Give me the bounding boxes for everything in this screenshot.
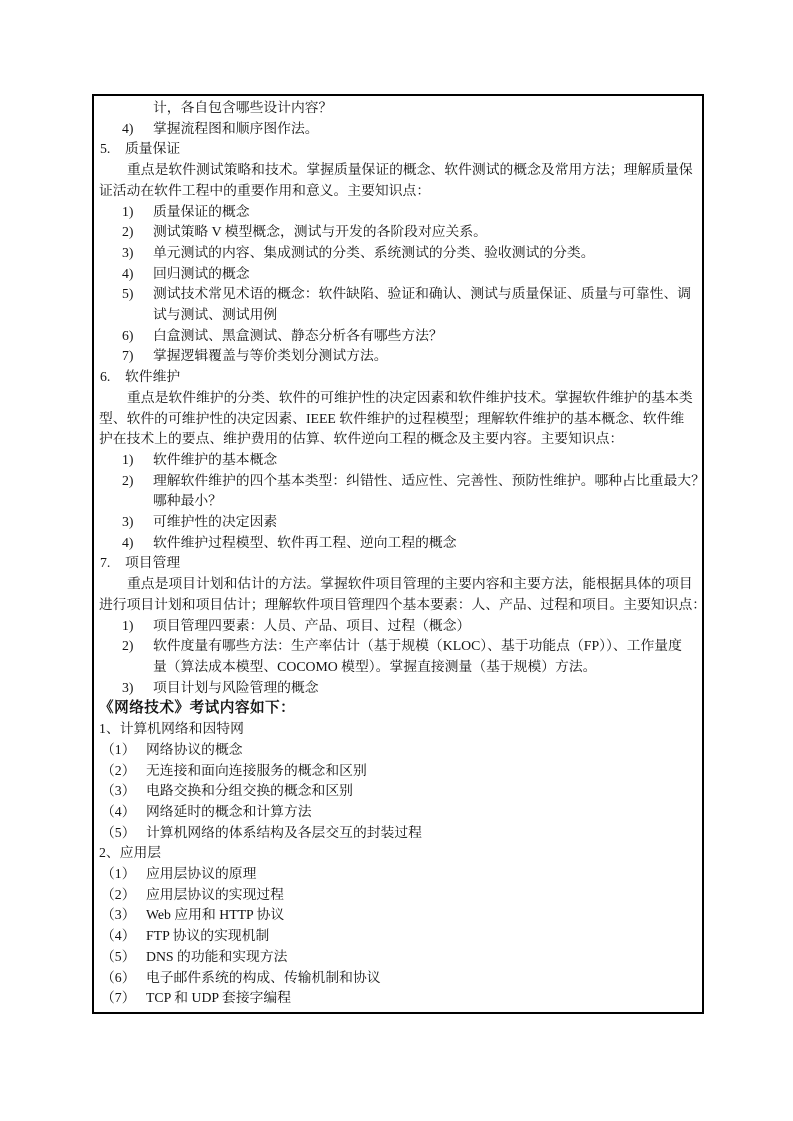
text-line: 1)软件维护的基本概念 bbox=[99, 450, 699, 471]
line-text: FTP 协议的实现机制 bbox=[146, 928, 269, 943]
table-cell-border: 计，各自包含哪些设计内容？4)掌握流程图和顺序图作法。5.质量保证重点是软件测试… bbox=[92, 94, 704, 1014]
list-marker: 2) bbox=[122, 471, 153, 492]
text-line: 2、应用层 bbox=[99, 843, 699, 864]
list-marker: 4) bbox=[122, 264, 153, 285]
line-text: 计，各自包含哪些设计内容？ bbox=[153, 100, 332, 115]
text-line: 护在技术上的要点、维护费用的估算、软件逆向工程的概念及主要内容。主要知识点： bbox=[99, 429, 699, 450]
text-line: 5.质量保证 bbox=[99, 139, 699, 160]
text-line: 7)掌握逻辑覆盖与等价类划分测试方法。 bbox=[99, 346, 699, 367]
text-line: （5）计算机网络的体系结构及各层交互的封装过程 bbox=[99, 823, 699, 844]
list-marker: 4) bbox=[122, 119, 153, 140]
text-line: （4）FTP 协议的实现机制 bbox=[99, 926, 699, 947]
line-text: 质量保证 bbox=[125, 141, 180, 156]
list-marker: 3) bbox=[122, 512, 153, 533]
line-text: 可维护性的决定因素 bbox=[153, 514, 277, 529]
line-text: DNS 的功能和实现方法 bbox=[146, 949, 287, 964]
list-marker: 4) bbox=[122, 533, 153, 554]
line-text: TCP 和 UDP 套接字编程 bbox=[146, 990, 291, 1005]
line-text: 电路交换和分组交换的概念和区别 bbox=[146, 783, 353, 798]
text-line: （2）无连接和面向连接服务的概念和区别 bbox=[99, 761, 699, 782]
line-text: 网络协议的概念 bbox=[146, 742, 243, 757]
text-line: （1）网络协议的概念 bbox=[99, 740, 699, 761]
list-marker: （3） bbox=[101, 905, 146, 926]
list-marker: 3) bbox=[122, 243, 153, 264]
line-text: 量（算法成本模型、COCOMO 模型）。掌握直接测量（基于规模）方法。 bbox=[153, 659, 596, 674]
line-text: 重点是软件测试策略和技术。掌握质量保证的概念、软件测试的概念及常用方法；理解质量… bbox=[127, 162, 693, 177]
list-marker: 1) bbox=[122, 616, 153, 637]
text-line: 哪种最小？ bbox=[99, 491, 699, 512]
text-line: （2）应用层协议的实现过程 bbox=[99, 885, 699, 906]
list-marker: 3) bbox=[122, 678, 153, 699]
line-text: 项目管理四要素：人员、产品、项目、过程（概念） bbox=[153, 618, 470, 633]
list-marker: （2） bbox=[101, 885, 146, 906]
list-marker: （7） bbox=[101, 988, 146, 1009]
text-line: 4)掌握流程图和顺序图作法。 bbox=[99, 119, 699, 140]
list-marker: 5) bbox=[122, 284, 153, 305]
text-line: 量（算法成本模型、COCOMO 模型）。掌握直接测量（基于规模）方法。 bbox=[99, 657, 699, 678]
text-line: 2)测试策略 V 模型概念，测试与开发的各阶段对应关系。 bbox=[99, 222, 699, 243]
list-marker: （1） bbox=[101, 740, 146, 761]
line-text: 1、计算机网络和因特网 bbox=[99, 721, 244, 736]
line-text: 软件维护 bbox=[125, 369, 180, 384]
line-text: 测试技术常见术语的概念：软件缺陷、验证和确认、测试与质量保证、质量与可靠性、调 bbox=[153, 286, 691, 301]
list-marker: 6. bbox=[100, 367, 125, 388]
text-line: 计，各自包含哪些设计内容？ bbox=[99, 98, 699, 119]
line-text: 应用层协议的原理 bbox=[146, 866, 256, 881]
text-line: 6)白盒测试、黑盒测试、静态分析各有哪些方法？ bbox=[99, 326, 699, 347]
list-marker: 7) bbox=[122, 346, 153, 367]
line-text: 《网络技术》考试内容如下： bbox=[99, 700, 295, 716]
list-marker: （4） bbox=[101, 926, 146, 947]
list-marker: 1) bbox=[122, 450, 153, 471]
line-text: 进行项目计划和项目估计；理解软件项目管理四个基本要素：人、产品、过程和项目。主要… bbox=[99, 597, 704, 612]
text-line: 7.项目管理 bbox=[99, 553, 699, 574]
line-text: 哪种最小？ bbox=[153, 493, 222, 508]
line-text: 项目管理 bbox=[125, 555, 180, 570]
text-line: 重点是项目计划和估计的方法。掌握软件项目管理的主要内容和主要方法，能根据具体的项… bbox=[99, 574, 699, 595]
list-marker: （1） bbox=[101, 864, 146, 885]
line-text: 应用层协议的实现过程 bbox=[146, 887, 284, 902]
text-line: 3)可维护性的决定因素 bbox=[99, 512, 699, 533]
list-marker: （2） bbox=[101, 761, 146, 782]
list-marker: （3） bbox=[101, 781, 146, 802]
line-text: 质量保证的概念 bbox=[153, 204, 250, 219]
list-marker: 7. bbox=[100, 553, 125, 574]
line-text: 网络延时的概念和计算方法 bbox=[146, 804, 312, 819]
text-line: （3）Web 应用和 HTTP 协议 bbox=[99, 905, 699, 926]
text-line: 3)单元测试的内容、集成测试的分类、系统测试的分类、验收测试的分类。 bbox=[99, 243, 699, 264]
line-text: 测试策略 V 模型概念，测试与开发的各阶段对应关系。 bbox=[153, 224, 487, 239]
text-line: 2)软件度量有哪些方法：生产率估计（基于规模（KLOC）、基于功能点（FP））、… bbox=[99, 636, 699, 657]
line-text: 项目计划与风险管理的概念 bbox=[153, 680, 319, 695]
line-text: 重点是项目计划和估计的方法。掌握软件项目管理的主要内容和主要方法，能根据具体的项… bbox=[127, 576, 693, 591]
text-line: （3）电路交换和分组交换的概念和区别 bbox=[99, 781, 699, 802]
line-text: 单元测试的内容、集成测试的分类、系统测试的分类、验收测试的分类。 bbox=[153, 245, 595, 260]
line-text: 软件维护的基本概念 bbox=[153, 452, 277, 467]
line-text: 掌握逻辑覆盖与等价类划分测试方法。 bbox=[153, 348, 388, 363]
text-line: 4)回归测试的概念 bbox=[99, 264, 699, 285]
line-text: 回归测试的概念 bbox=[153, 266, 250, 281]
line-text: 理解软件维护的四个基本类型：纠错性、适应性、完善性、预防性维护。哪种占比重最大？ bbox=[153, 473, 704, 488]
line-text: 2、应用层 bbox=[99, 845, 161, 860]
line-text: 电子邮件系统的构成、传输机制和协议 bbox=[146, 970, 381, 985]
text-line: 4)软件维护过程模型、软件再工程、逆向工程的概念 bbox=[99, 533, 699, 554]
line-text: 试与测试、测试用例 bbox=[153, 307, 277, 322]
line-text: 无连接和面向连接服务的概念和区别 bbox=[146, 763, 367, 778]
list-marker: 6) bbox=[122, 326, 153, 347]
list-marker: （5） bbox=[101, 823, 146, 844]
document-content: 计，各自包含哪些设计内容？4)掌握流程图和顺序图作法。5.质量保证重点是软件测试… bbox=[99, 98, 699, 1009]
text-line: 1)质量保证的概念 bbox=[99, 202, 699, 223]
text-line: 6.软件维护 bbox=[99, 367, 699, 388]
list-marker: 1) bbox=[122, 202, 153, 223]
text-line: 重点是软件测试策略和技术。掌握质量保证的概念、软件测试的概念及常用方法；理解质量… bbox=[99, 160, 699, 181]
text-line: 证活动在软件工程中的重要作用和意义。主要知识点： bbox=[99, 181, 699, 202]
text-line: （6）电子邮件系统的构成、传输机制和协议 bbox=[99, 968, 699, 989]
text-line: 型、软件的可维护性的决定因素、IEEE 软件维护的过程模型；理解软件维护的基本概… bbox=[99, 409, 699, 430]
line-text: 白盒测试、黑盒测试、静态分析各有哪些方法？ bbox=[153, 328, 443, 343]
line-text: 软件度量有哪些方法：生产率估计（基于规模（KLOC）、基于功能点（FP））、工作… bbox=[153, 638, 682, 653]
text-line: 1)项目管理四要素：人员、产品、项目、过程（概念） bbox=[99, 616, 699, 637]
text-line: 1、计算机网络和因特网 bbox=[99, 719, 699, 740]
text-line: 《网络技术》考试内容如下： bbox=[99, 698, 699, 719]
list-marker: 2) bbox=[122, 636, 153, 657]
text-line: （1）应用层协议的原理 bbox=[99, 864, 699, 885]
text-line: 进行项目计划和项目估计；理解软件项目管理四个基本要素：人、产品、过程和项目。主要… bbox=[99, 595, 699, 616]
line-text: 型、软件的可维护性的决定因素、IEEE 软件维护的过程模型；理解软件维护的基本概… bbox=[99, 411, 684, 426]
text-line: 3)项目计划与风险管理的概念 bbox=[99, 678, 699, 699]
text-line: （7）TCP 和 UDP 套接字编程 bbox=[99, 988, 699, 1009]
line-text: 护在技术上的要点、维护费用的估算、软件逆向工程的概念及主要内容。主要知识点： bbox=[99, 431, 623, 446]
list-marker: （6） bbox=[101, 968, 146, 989]
line-text: 计算机网络的体系结构及各层交互的封装过程 bbox=[146, 825, 422, 840]
text-line: （5）DNS 的功能和实现方法 bbox=[99, 947, 699, 968]
line-text: 证活动在软件工程中的重要作用和意义。主要知识点： bbox=[99, 183, 430, 198]
line-text: Web 应用和 HTTP 协议 bbox=[146, 907, 284, 922]
line-text: 掌握流程图和顺序图作法。 bbox=[153, 121, 319, 136]
line-text: 软件维护过程模型、软件再工程、逆向工程的概念 bbox=[153, 535, 457, 550]
text-line: 2)理解软件维护的四个基本类型：纠错性、适应性、完善性、预防性维护。哪种占比重最… bbox=[99, 471, 699, 492]
list-marker: 5. bbox=[100, 139, 125, 160]
text-line: （4）网络延时的概念和计算方法 bbox=[99, 802, 699, 823]
line-text: 重点是软件维护的分类、软件的可维护性的决定因素和软件维护技术。掌握软件维护的基本… bbox=[127, 390, 693, 405]
list-marker: （5） bbox=[101, 947, 146, 968]
list-marker: （4） bbox=[101, 802, 146, 823]
list-marker: 2) bbox=[122, 222, 153, 243]
text-line: 重点是软件维护的分类、软件的可维护性的决定因素和软件维护技术。掌握软件维护的基本… bbox=[99, 388, 699, 409]
text-line: 5)测试技术常见术语的概念：软件缺陷、验证和确认、测试与质量保证、质量与可靠性、… bbox=[99, 284, 699, 305]
text-line: 试与测试、测试用例 bbox=[99, 305, 699, 326]
